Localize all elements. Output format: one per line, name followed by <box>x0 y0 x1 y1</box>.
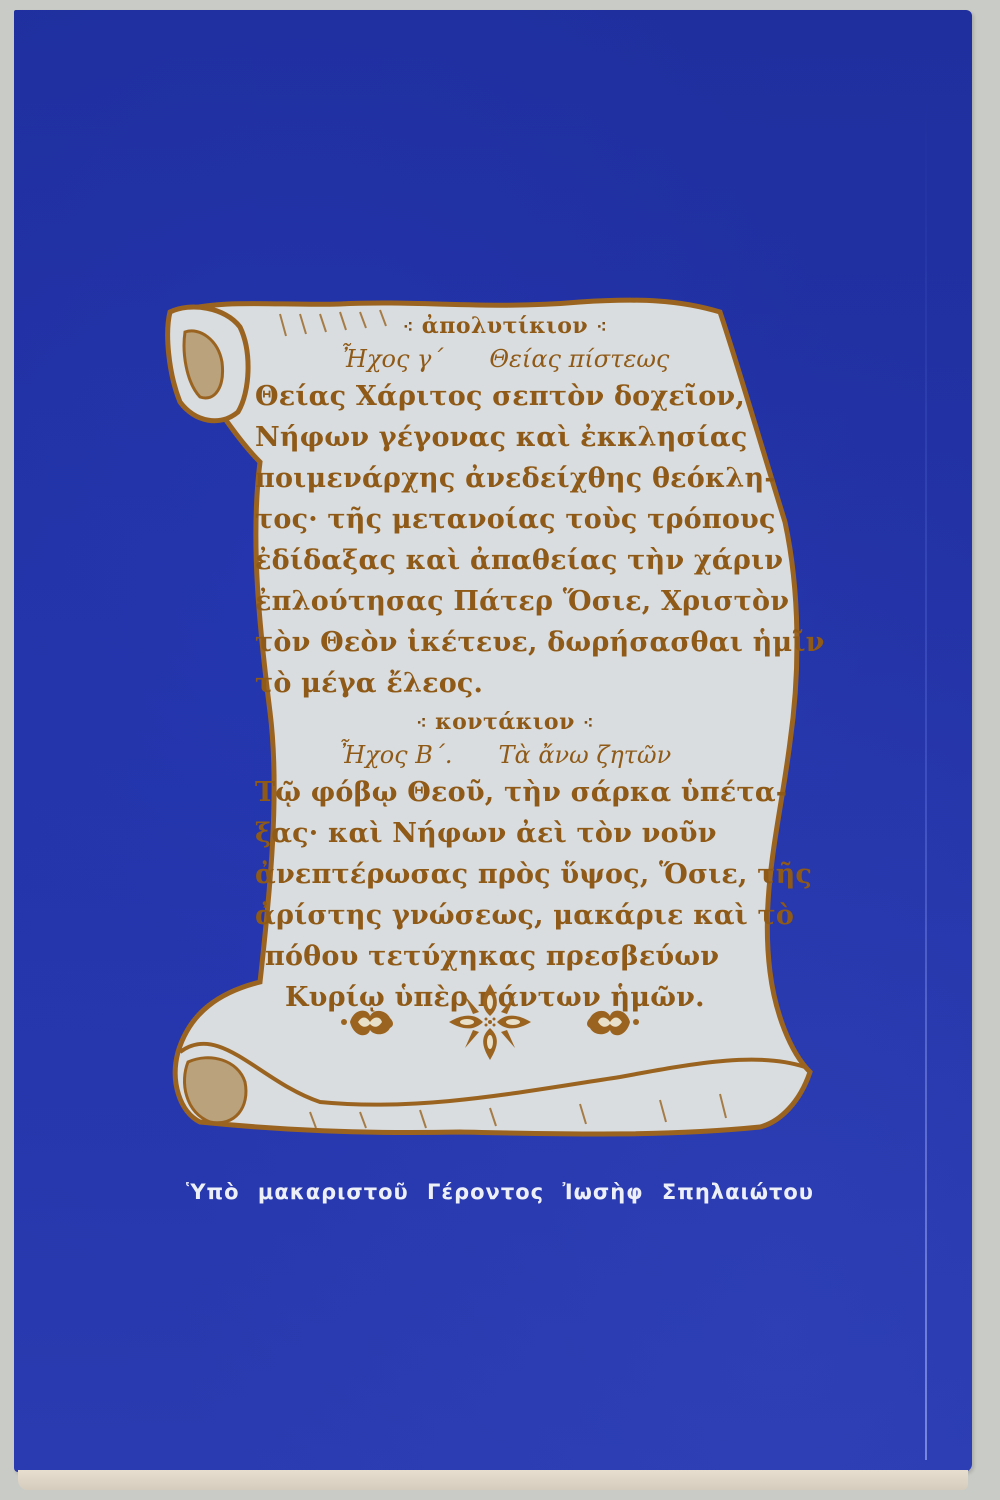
apolytikion-tone: Ἦχος γ΄ Θείας πίστεως <box>255 342 755 376</box>
parchment-scroll: ⁖ἀπολυτίκιον⁖ Ἦχος γ΄ Θείας πίστεως Θεία… <box>160 292 820 1144</box>
fleuron-right-icon <box>580 1002 640 1042</box>
scroll-text: ⁖ἀπολυτίκιον⁖ Ἦχος γ΄ Θείας πίστεως Θεία… <box>255 312 755 1018</box>
kontakion-tone: Ἦχος Β΄. Τὰ ἄνω ζητῶν <box>255 738 755 772</box>
section-dots-icon: ⁖ <box>408 713 435 734</box>
section-dots-icon: ⁖ <box>588 317 615 338</box>
cover-crease <box>925 90 927 1460</box>
fleuron-left-icon <box>340 1002 400 1042</box>
kontakion-heading: ⁖κοντάκιον⁖ <box>255 708 755 738</box>
author-credit: Ὑπὸ μακαριστοῦ Γέροντος Ἰωσὴφ Σπηλαιώτου <box>0 1180 1000 1204</box>
ornament-row <box>340 987 640 1057</box>
book-page-edges <box>18 1470 968 1490</box>
apolytikion-heading: ⁖ἀπολυτίκιον⁖ <box>255 312 755 342</box>
section-dots-icon: ⁖ <box>395 317 422 338</box>
section-dots-icon: ⁖ <box>575 713 602 734</box>
cross-rosette-icon <box>445 982 535 1062</box>
apolytikion-verse: Θείας Χάριτος σεπτὸν δοχεῖον, Νήφων γέγο… <box>255 376 755 704</box>
